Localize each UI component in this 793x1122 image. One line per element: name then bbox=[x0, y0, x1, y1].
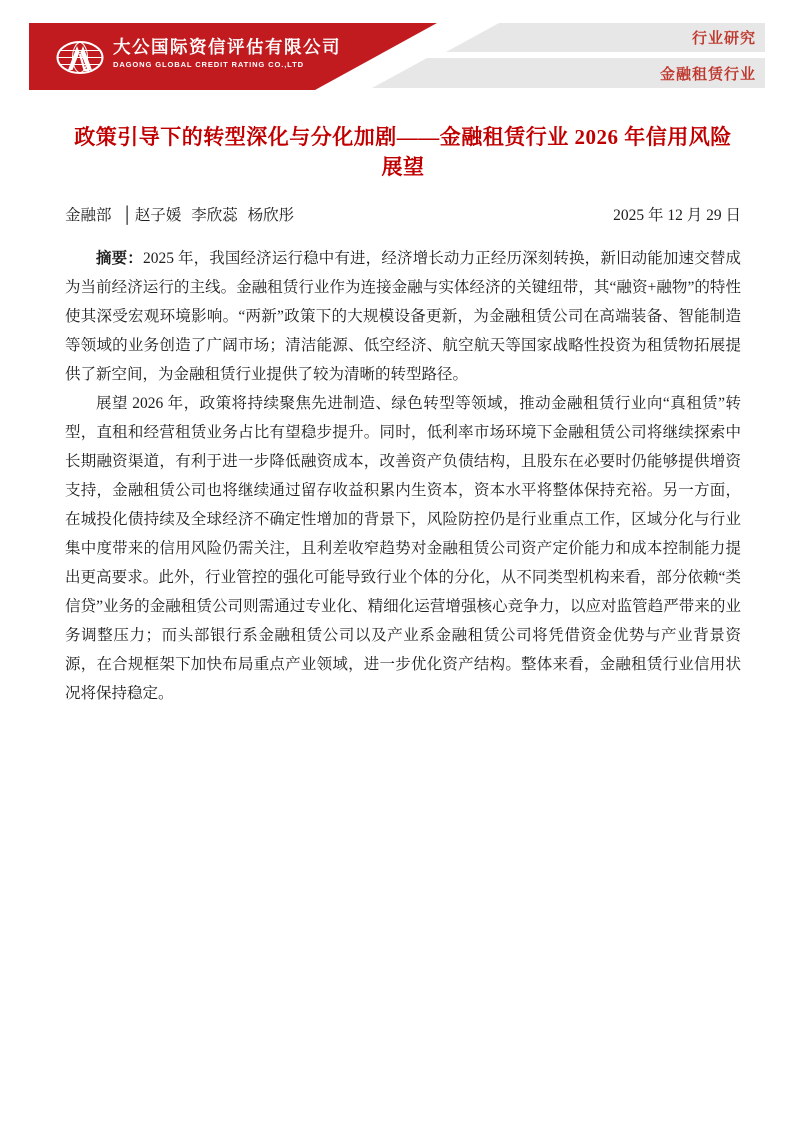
article-body: 政策引导下的转型深化与分化加剧——金融租赁行业 2026 年信用风险展望 金融部… bbox=[65, 122, 741, 708]
abstract-paragraph-2: 展望 2026 年，政策将持续聚焦先进制造、绿色转型等领域，推动金融租赁行业向“… bbox=[65, 389, 741, 708]
header-tag-industry-research-label: 行业研究 bbox=[692, 27, 756, 48]
header-tag-financial-leasing: 金融租赁行业 bbox=[372, 58, 765, 88]
byline-department: 金融部 bbox=[65, 205, 112, 227]
byline-authors-block: 金融部 │ 赵子媛 李欣蕊 杨欣彤 bbox=[65, 205, 294, 227]
dagong-globe-logo-icon bbox=[56, 40, 104, 75]
byline-divider: │ bbox=[122, 205, 133, 227]
company-name-cn: 大公国际资信评估有限公司 bbox=[113, 35, 341, 59]
byline-authors: 赵子媛 李欣蕊 杨欣彤 bbox=[135, 205, 294, 227]
report-date: 2025 年 12 月 29 日 bbox=[613, 205, 741, 227]
abstract-section: 摘要：2025 年，我国经济运行稳中有进，经济增长动力正经历深刻转换，新旧动能加… bbox=[65, 244, 741, 708]
report-title: 政策引导下的转型深化与分化加剧——金融租赁行业 2026 年信用风险展望 bbox=[65, 122, 741, 182]
abstract-paragraph-1-text: 2025 年，我国经济运行稳中有进，经济增长动力正经历深刻转换，新旧动能加速交替… bbox=[65, 250, 741, 383]
brand-name-block: 大公国际资信评估有限公司 DAGONG GLOBAL CREDIT RATING… bbox=[113, 35, 341, 70]
header-tag-industry-research: 行业研究 bbox=[446, 23, 765, 52]
report-page: 大公国际资信评估有限公司 DAGONG GLOBAL CREDIT RATING… bbox=[0, 0, 793, 1122]
abstract-paragraph-1: 摘要：2025 年，我国经济运行稳中有进，经济增长动力正经历深刻转换，新旧动能加… bbox=[65, 244, 741, 389]
header-tag-financial-leasing-label: 金融租赁行业 bbox=[660, 63, 756, 84]
byline-row: 金融部 │ 赵子媛 李欣蕊 杨欣彤 2025 年 12 月 29 日 bbox=[65, 205, 741, 227]
abstract-label: 摘要： bbox=[96, 250, 143, 267]
company-name-en: DAGONG GLOBAL CREDIT RATING CO.,LTD bbox=[113, 59, 341, 70]
brand-banner: 大公国际资信评估有限公司 DAGONG GLOBAL CREDIT RATING… bbox=[29, 23, 437, 90]
